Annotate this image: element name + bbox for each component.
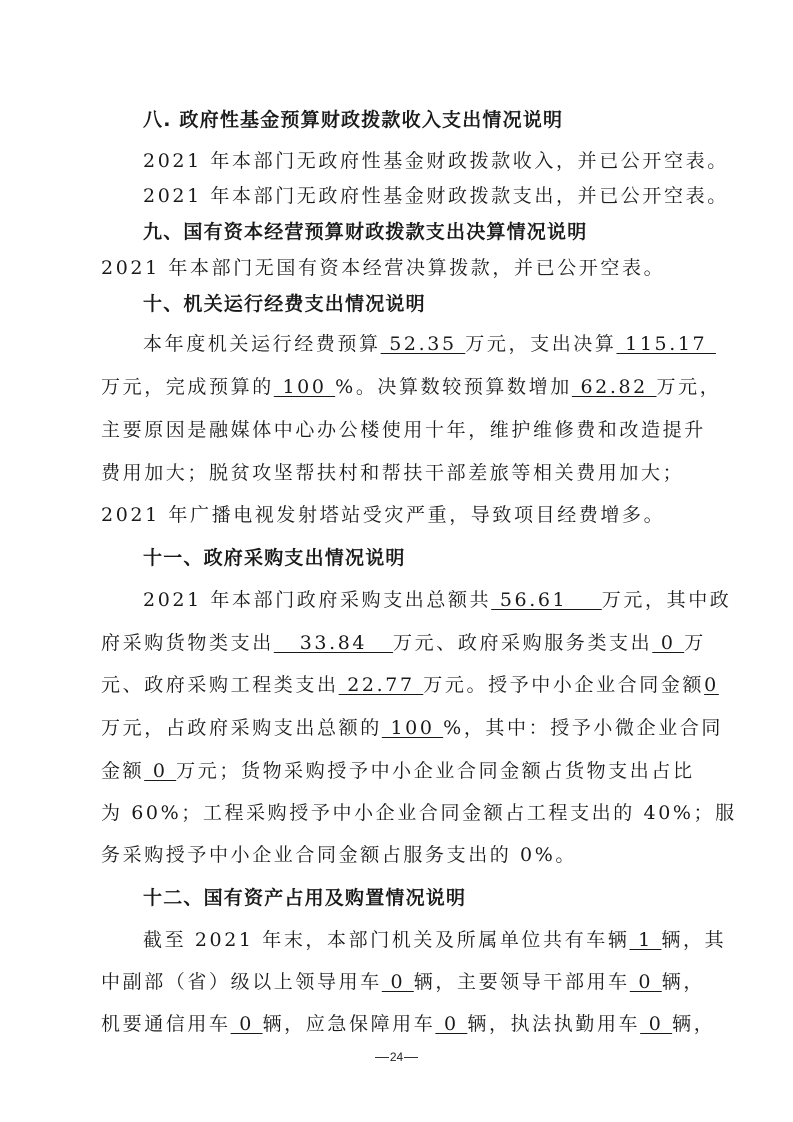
text: 万元，其中政: [602, 589, 732, 611]
section-10-line-3: 主要原因是融媒体中心办公楼使用十年，维护维修费和改造提升: [101, 418, 693, 442]
text: 辆，应急保障用车: [263, 1013, 436, 1035]
senior-vehicles-value: 0: [382, 971, 414, 993]
section-10-line-1: 本年度机关运行经费预算 52.35 万元，支出决算 115.17: [143, 332, 693, 356]
text: 辆，: [662, 971, 705, 993]
text: 元、政府采购工程类支出: [101, 674, 339, 696]
leader-vehicles-value: 0: [630, 971, 662, 993]
document-page: 八. 政府性基金预算财政拨款收入支出情况说明 2021 年本部门无政府性基金财政…: [0, 0, 793, 1122]
text: 万元、政府采购服务类支出: [393, 632, 652, 654]
text: 辆，其: [661, 929, 726, 951]
section-8-heading: 八. 政府性基金预算财政拨款收入支出情况说明: [143, 108, 693, 132]
section-12-line-1: 截至 2021 年末，本部门机关及所属单位共有车辆 1 辆，其: [143, 928, 693, 952]
micro-amount-value: 0: [144, 760, 176, 782]
section-10-line-5: 2021 年广播电视发射塔站受灾严重，导致项目经费增多。: [101, 503, 693, 527]
section-11-line-5: 金额 0 万元；货物采购授予中小企业合同金额占货物支出占比: [101, 759, 693, 783]
text: 万元。授予中小企业合同金额: [423, 674, 704, 696]
completion-value: 100: [274, 376, 335, 398]
text: 金额: [101, 760, 144, 782]
text: 万元，占政府采购支出总额的: [101, 717, 382, 739]
section-10-heading: 十、机关运行经费支出情况说明: [143, 292, 693, 316]
text: 辆，执法执勤用车: [467, 1013, 640, 1035]
section-12-line-3: 机要通信用车 0 辆，应急保障用车 0 辆，执法执勤用车 0 辆，: [101, 1012, 693, 1036]
actual-value: 115.17: [617, 333, 716, 355]
section-11-heading: 十一、政府采购支出情况说明: [143, 546, 693, 570]
services-value: 0: [652, 632, 684, 654]
text: %，其中：授予小微企业合同: [443, 717, 723, 739]
increase-value: 62.82: [572, 376, 657, 398]
text: 万元，: [657, 376, 722, 398]
section-10-line-4: 费用加大；脱贫攻坚帮扶村和帮扶干部差旅等相关费用加大；: [101, 461, 693, 485]
sme-percent-value: 100: [382, 717, 443, 739]
sme-amount-value: 0: [704, 674, 719, 696]
section-11-line-3: 元、政府采购工程类支出 22.77 万元。授予中小企业合同金额0: [101, 673, 693, 697]
section-9-paragraph-1: 2021 年本部门无国有资本经营决算拨款，并已公开空表。: [101, 256, 693, 280]
footer-dash-left: [375, 1057, 389, 1058]
section-8-paragraph-2: 2021 年本部门无政府性基金财政拨款支出，并已公开空表。: [143, 184, 693, 208]
page-number: 24: [390, 1050, 403, 1064]
text: 万: [684, 632, 706, 654]
text: %。决算数较预算数增加: [335, 376, 572, 398]
section-12-line-2: 中副部（省）级以上领导用车 0 辆，主要领导干部用车 0 辆，: [101, 970, 693, 994]
total-procurement-value: 56.61: [491, 589, 602, 611]
text: 辆，主要领导干部用车: [414, 971, 630, 993]
text: 截至 2021 年末，本部门机关及所属单位共有车辆: [143, 929, 629, 951]
text: 机要通信用车: [101, 1013, 231, 1035]
goods-value: 33.84: [274, 632, 393, 654]
section-11-line-2: 府采购货物类支出 33.84 万元、政府采购服务类支出 0 万: [101, 631, 693, 655]
text: 本年度机关运行经费预算: [143, 333, 381, 355]
budget-value: 52.35: [381, 333, 466, 355]
footer-dash-right: [404, 1057, 418, 1058]
section-11-line-7: 务采购授予中小企业合同金额占服务支出的 0%。: [101, 843, 693, 867]
section-11-line-6: 为 60%；工程采购授予中小企业合同金额占工程支出的 40%；服: [101, 801, 693, 825]
works-value: 22.77: [339, 674, 424, 696]
section-11-line-1: 2021 年本部门政府采购支出总额共 56.61 万元，其中政: [143, 588, 693, 612]
section-11-line-4: 万元，占政府采购支出总额的 100 %，其中：授予小微企业合同: [101, 716, 693, 740]
page-footer: 24: [0, 1050, 793, 1064]
confidential-vehicles-value: 0: [231, 1013, 263, 1035]
text: 2021 年本部门政府采购支出总额共: [143, 589, 491, 611]
vehicles-total-value: 1: [629, 929, 661, 951]
section-10-line-2: 万元，完成预算的 100 %。决算数较预算数增加 62.82 万元，: [101, 375, 693, 399]
text: 万元，完成预算的: [101, 376, 274, 398]
text: 万元，支出决算: [465, 333, 616, 355]
text: 辆，: [672, 1013, 715, 1035]
law-enforcement-vehicles-value: 0: [640, 1013, 672, 1035]
text: 中副部（省）级以上领导用车: [101, 971, 382, 993]
emergency-vehicles-value: 0: [435, 1013, 467, 1035]
text: 府采购货物类支出: [101, 632, 274, 654]
section-9-heading: 九、国有资本经营预算财政拨款支出决算情况说明: [143, 220, 693, 244]
section-12-heading: 十二、国有资产占用及购置情况说明: [143, 886, 693, 910]
section-8-paragraph-1: 2021 年本部门无政府性基金财政拨款收入，并已公开空表。: [143, 149, 693, 173]
text: 万元；货物采购授予中小企业合同金额占货物支出占比: [176, 760, 694, 782]
